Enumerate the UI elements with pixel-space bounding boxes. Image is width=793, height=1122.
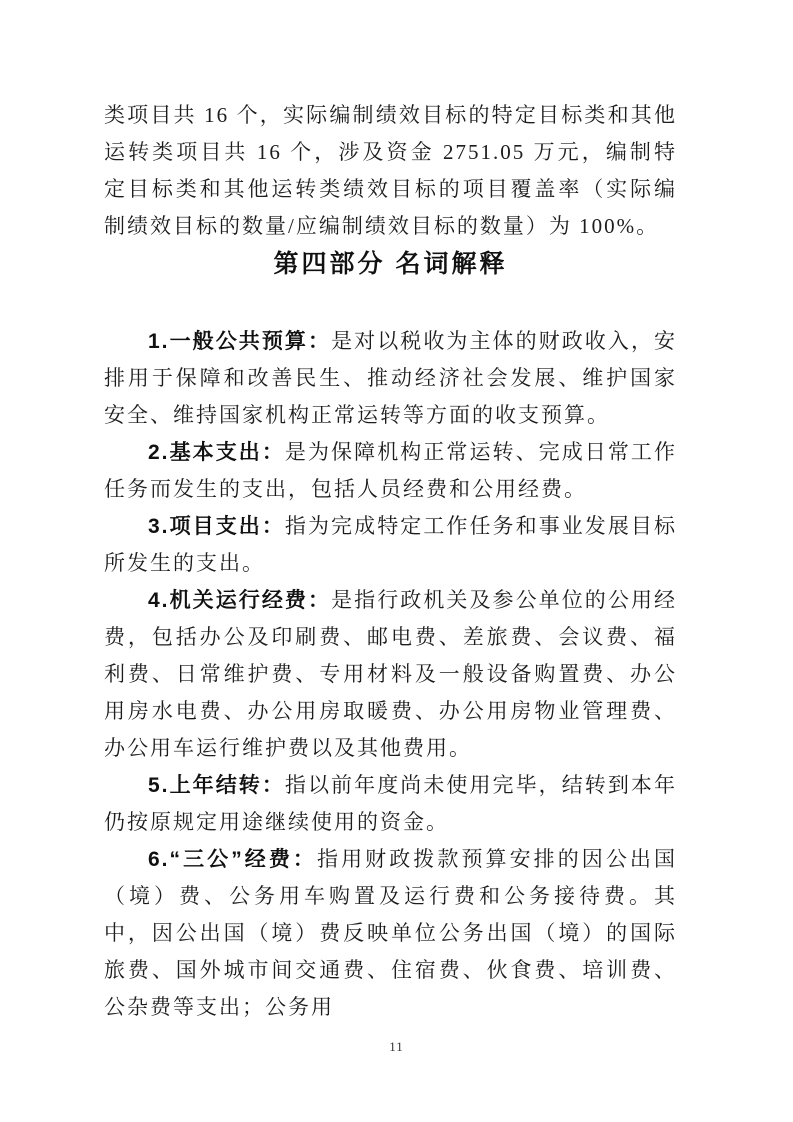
term-text-4: 是指行政机关及参公单位的公用经费，包括办公及印刷费、邮电费、差旅费、会议费、福利… <box>104 588 677 760</box>
term-item-2: 2.基本支出：是为保障机构正常运转、完成日常工作任务而发生的支出，包括人员经费和… <box>104 434 677 508</box>
term-label-3: 3.项目支出： <box>148 515 285 538</box>
term-label-2: 2.基本支出： <box>148 441 285 464</box>
term-item-6: 6.“三公”经费：指用财政拨款预算安排的因公出国（境）费、公务用车购置及运行费和… <box>104 841 677 1026</box>
term-item-3: 3.项目支出：指为完成特定工作任务和事业发展目标所发生的支出。 <box>104 508 677 582</box>
term-item-4: 4.机关运行经费：是指行政机关及参公单位的公用经费，包括办公及印刷费、邮电费、差… <box>104 582 677 767</box>
intro-paragraph: 类项目共 16 个，实际编制绩效目标的特定目标类和其他运转类项目共 16 个，涉… <box>104 97 677 245</box>
page-content: 类项目共 16 个，实际编制绩效目标的特定目标类和其他运转类项目共 16 个，涉… <box>104 97 677 1026</box>
terms-list: 1.一般公共预算：是对以税收为主体的财政收入，安排用于保障和改善民生、推动经济社… <box>104 323 677 1026</box>
term-label-5: 5.上年结转： <box>148 774 285 797</box>
term-label-6: 6.“三公”经费： <box>148 848 317 871</box>
section-heading: 第四部分 名词解释 <box>104 245 677 283</box>
term-item-1: 1.一般公共预算：是对以税收为主体的财政收入，安排用于保障和改善民生、推动经济社… <box>104 323 677 434</box>
term-text-6: 指用财政拨款预算安排的因公出国（境）费、公务用车购置及运行费和公务接待费。其中，… <box>104 847 677 1019</box>
term-item-5: 5.上年结转：指以前年度尚未使用完毕，结转到本年仍按原规定用途继续使用的资金。 <box>104 767 677 841</box>
term-label-4: 4.机关运行经费： <box>148 589 331 612</box>
document-page: 类项目共 16 个，实际编制绩效目标的特定目标类和其他运转类项目共 16 个，涉… <box>0 0 793 1122</box>
page-number: 11 <box>0 1039 793 1055</box>
term-label-1: 1.一般公共预算： <box>148 330 331 353</box>
